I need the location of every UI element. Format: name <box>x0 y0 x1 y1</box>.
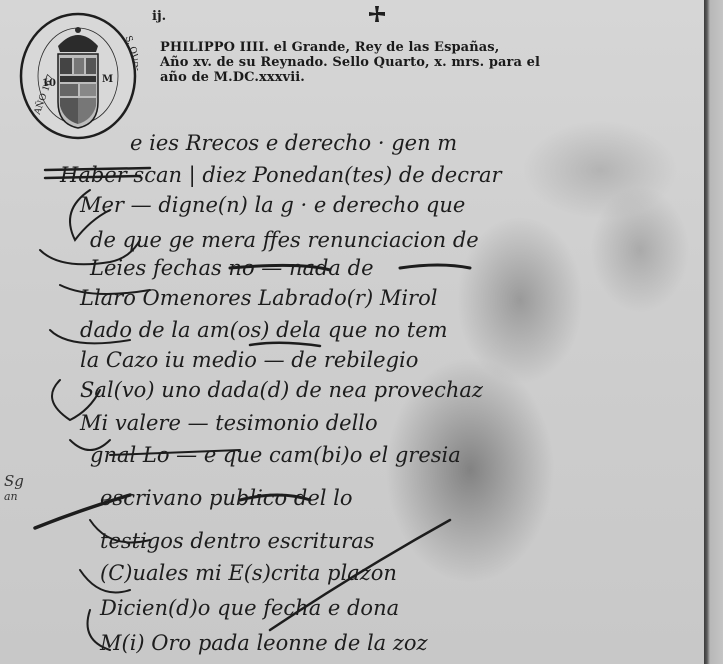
svg-text:M(i) Oro pada leonne de la zoz: M(i) Oro pada leonne de la zoz <box>99 631 429 655</box>
handwritten-body: e ies Rrecos e derecho · gen m Haber sca… <box>0 0 723 664</box>
svg-text:escrivano publico del lo: escrivano publico del lo <box>100 486 353 510</box>
svg-text:dado de la am(os) dela que no: dado de la am(os) dela que no tem <box>80 318 448 342</box>
svg-text:testigos dentro escrituras: testigos dentro escrituras <box>100 529 375 553</box>
svg-text:Mi valere — tesimonio dello: Mi valere — tesimonio dello <box>79 411 378 435</box>
svg-text:Sal(vo) uno dada(d) de nea pro: Sal(vo) uno dada(d) de nea provechaz <box>80 378 484 402</box>
svg-text:Haber scan | diez Ponedan(tes): Haber scan | diez Ponedan(tes) de decrar <box>59 163 504 188</box>
manuscript-page: AÑO 167 S. QUARTO 10 M ij. PHILIPPO IIII… <box>0 0 723 664</box>
margin-note-line-2: an <box>4 489 24 504</box>
svg-text:Mer — digne(n) la g · e derech: Mer — digne(n) la g · e derecho que <box>79 193 465 217</box>
svg-text:Llaro Omenores Labrado(r) Miro: Llaro Omenores Labrado(r) Mirol <box>79 286 437 310</box>
svg-text:de que ge mera ffes renunciaci: de que ge mera ffes renunciacion de <box>90 228 479 252</box>
svg-text:Dicien(d)o que fecha e dona: Dicien(d)o que fecha e dona <box>99 596 399 620</box>
margin-note: Sg an <box>4 474 24 504</box>
svg-text:Leies fechas no — nada de: Leies fechas no — nada de <box>89 256 374 280</box>
svg-text:gnal Lo — e que cam(bi)o el gr: gnal Lo — e que cam(bi)o el gresia <box>90 443 461 467</box>
svg-text:e ies Rrecos e derecho · gen m: e ies Rrecos e derecho · gen m <box>130 131 457 155</box>
svg-text:(C)uales mi E(s)crita plazon: (C)uales mi E(s)crita plazon <box>100 561 397 585</box>
svg-text:la Cazo iu medio — de rebilegi: la Cazo iu medio — de rebilegio <box>80 348 418 372</box>
margin-note-line-1: Sg <box>4 474 24 489</box>
